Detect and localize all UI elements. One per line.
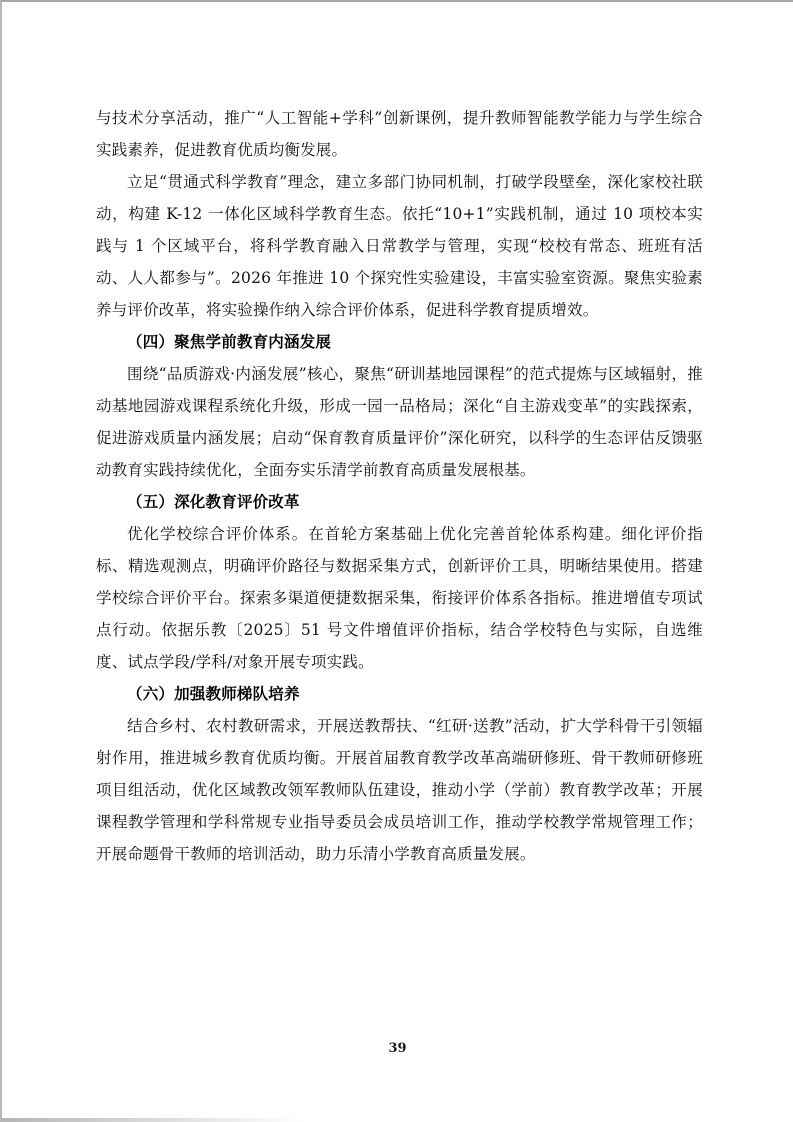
page-number: 39 (2, 1041, 793, 1056)
document-page: 与技术分享活动，推广“人工智能+学科”创新课例，提升教师智能教学能力与学生综合实… (0, 0, 793, 1122)
paragraph: 结合乡村、农村教研需求，开展送教帮扶、“红研·送教”活动，扩大学科骨干引领辐射作… (96, 710, 703, 870)
paragraph: 立足“贯通式科学教育”理念，建立多部门协同机制，打破学段壁垒，深化家校社联动，构… (96, 166, 703, 326)
paragraph-continued: 与技术分享活动，推广“人工智能+学科”创新课例，提升教师智能教学能力与学生综合实… (96, 102, 703, 166)
paragraph: 围绕“品质游戏·内涵发展”核心，聚焦“研训基地园课程”的范式提炼与区域辐射，推动… (96, 358, 703, 486)
paragraph: 优化学校综合评价体系。在首轮方案基础上优化完善首轮体系构建。细化评价指标、精选观… (96, 518, 703, 678)
section-heading-6: （六）加强教师梯队培养 (96, 678, 703, 710)
document-body: 与技术分享活动，推广“人工智能+学科”创新课例，提升教师智能教学能力与学生综合实… (96, 102, 703, 870)
section-heading-5: （五）深化教育评价改革 (96, 486, 703, 518)
section-heading-4: （四）聚焦学前教育内涵发展 (96, 326, 703, 358)
